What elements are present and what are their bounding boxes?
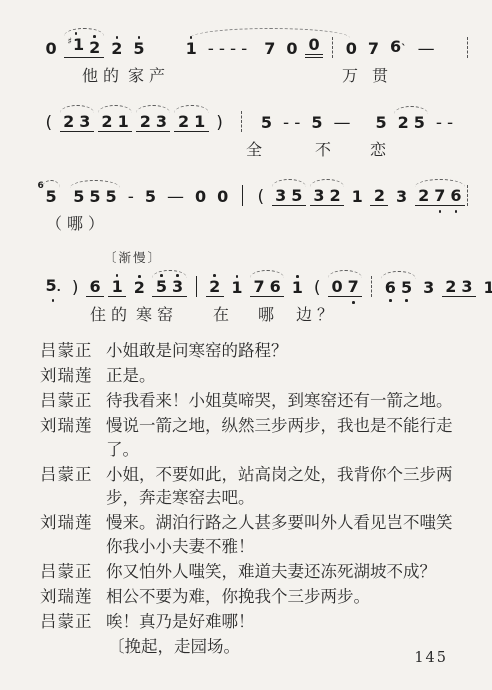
score-page: 0♯12251----700076ˋ— 他的家产万贯 (23212321)5--… [0, 0, 492, 690]
note-group: - [124, 188, 137, 206]
dialogue-text: 你又怕外人嗤笑，难道夫妻还冻死湖坡不成？ [106, 560, 436, 584]
jianpu-note: — [418, 40, 435, 58]
jianpu-note: — [333, 114, 350, 132]
tempo-mark: 〔渐慢〕 [104, 248, 470, 265]
note-group: 0 [42, 40, 60, 58]
note-group: 0 [214, 188, 232, 206]
note-group: 2 [130, 279, 148, 297]
note-group: 1 [348, 188, 366, 206]
note-group: 0 [191, 188, 209, 206]
lyric-word: 边？ [296, 302, 338, 325]
dialogue-row: 吕蒙正唉！真乃是好难哪！ [40, 610, 470, 634]
lyric-word: 哪 [258, 302, 279, 325]
jianpu-note: 2 [178, 113, 189, 131]
barline [467, 37, 468, 58]
note-group: ) [68, 279, 82, 297]
jianpu-note: 2 [418, 187, 429, 205]
jianpu-note: 5 [89, 188, 100, 206]
dialogue-row: 吕蒙正你又怕外人嗤笑，难道夫妻还冻死湖坡不成？ [40, 560, 470, 584]
jianpu-notes-row: (23212321)5--5—525-- [40, 100, 470, 132]
dialogue-text: 小姐，不要如此，站高岗之处，我背你个三步两步，奔走寒窑去吧。 [106, 463, 458, 510]
jianpu-note: 0 [286, 40, 297, 58]
jianpu-note: - [436, 114, 442, 132]
jianpu-note: 1 [292, 279, 303, 297]
jianpu-note: 6 [385, 279, 396, 297]
note-group: ---- [204, 40, 251, 58]
note-group: 2 [206, 278, 224, 297]
jianpu-note: 6 [270, 278, 281, 296]
slur-group: 07 [328, 278, 362, 297]
jianpu-note: 2 [330, 187, 341, 205]
jianpu-note: 5. [46, 277, 61, 297]
barline [241, 111, 242, 132]
dialogue-section: 吕蒙正小姐敢是问寒窑的路程？刘瑞莲正是。吕蒙正待我看来！小姐莫啼哭，到寒窑还有一… [40, 339, 470, 633]
slur-group: 56 [42, 188, 60, 206]
jianpu-note: 2 [134, 279, 145, 297]
dialogue-text: 唉！真乃是好难哪！ [106, 610, 255, 634]
note-group: 5. [42, 277, 64, 297]
jianpu-note: 0 [309, 36, 320, 54]
note-group: 6ˋ [386, 38, 410, 58]
speaker-name: 吕蒙正 [40, 560, 106, 584]
slur-group: 35 [272, 187, 306, 206]
speaker-name: 刘瑞莲 [40, 364, 106, 388]
note-group: -- [432, 114, 456, 132]
slur-group: 65 [381, 279, 415, 297]
jianpu-note: 7 [264, 40, 275, 58]
music-section: 0♯12251----700076ˋ— 他的家产万贯 (23212321)5--… [40, 26, 470, 326]
speaker-name: 吕蒙正 [40, 610, 106, 634]
jianpu-note: 5 [133, 40, 144, 58]
speaker-name: 吕蒙正 [40, 389, 106, 413]
jianpu-note: 5 [291, 187, 302, 205]
jianpu-note: 5 [156, 278, 167, 296]
jianpu-note: 7 [434, 187, 445, 205]
jianpu-note: 1 [352, 188, 363, 206]
speaker-name: 刘瑞莲 [40, 511, 106, 558]
slur-group: 53 [152, 278, 186, 297]
note-group: 1 [182, 40, 200, 58]
jianpu-note: 1 [186, 40, 197, 58]
jianpu-note: 1 [118, 113, 129, 131]
barline [371, 276, 372, 297]
lyric-word: 在 [213, 302, 234, 325]
note-group: 5 [308, 114, 326, 132]
slur-group: 32 [310, 187, 344, 206]
lyric-word: 家产 [128, 63, 170, 86]
lyric-word: 他的 [82, 63, 124, 86]
jianpu-note: 6ˋ [390, 38, 407, 58]
jianpu-note: 1 [484, 279, 492, 297]
jianpu-note: 56 [46, 188, 57, 206]
dialogue-row: 刘瑞莲慢说一箭之地，纵然三步两步，我也是不能行走了。 [40, 414, 470, 461]
phrase-arc [190, 28, 350, 38]
slur-group: 555 [70, 188, 120, 206]
dialogue-text: 相公不要为难，你挽我个三步两步。 [106, 585, 370, 609]
jianpu-note: ♯1 [68, 36, 85, 57]
jianpu-note: 7 [348, 278, 359, 296]
jianpu-note: 5 [145, 188, 156, 206]
dialogue-row: 吕蒙正小姐敢是问寒窑的路程？ [40, 339, 470, 363]
note-group: ( [310, 279, 324, 297]
jianpu-note: ) [72, 279, 79, 297]
note-group: 1 [108, 278, 126, 297]
note-group: 1 [288, 279, 306, 297]
note-group: — [330, 114, 354, 132]
slur-group: 23 [60, 113, 94, 132]
jianpu-note: 5 [401, 279, 412, 297]
slur-group: ♯12 [64, 36, 104, 58]
note-group: 7 [261, 40, 279, 58]
jianpu-note: 2 [140, 113, 151, 131]
music-system-2: (23212321)5--5—525-- 全不恋 [40, 100, 470, 161]
speaker-name: 刘瑞莲 [40, 414, 106, 461]
slur-group: 21 [98, 113, 132, 132]
barline [196, 276, 197, 297]
dialogue-row: 刘瑞莲相公不要为难，你挽我个三步两步。 [40, 585, 470, 609]
lyric-word: 恋 [370, 137, 391, 160]
note-group: 5 [141, 188, 159, 206]
dialogue-row: 刘瑞莲慢来。湖泊行路之人甚多要叫外人看见岂不嗤笑你我小小夫妻不雅！ [40, 511, 470, 558]
jianpu-note: 2 [445, 278, 456, 296]
jianpu-note: - [219, 40, 225, 58]
lyric-word: （哪） [46, 211, 109, 234]
lyric-row: 他的家产万贯 [40, 63, 470, 87]
page-number: 145 [414, 650, 448, 666]
jianpu-note: — [167, 188, 184, 206]
note-group: 7 [364, 40, 382, 58]
speaker-name: 刘瑞莲 [40, 585, 106, 609]
barline [242, 185, 243, 206]
jianpu-note: 2 [101, 113, 112, 131]
jianpu-note: 1 [194, 113, 205, 131]
jianpu-notes-row: 56555-5—00(3532123276 [40, 174, 470, 206]
jianpu-note: 2 [111, 40, 122, 58]
note-group: -- [280, 114, 304, 132]
lyric-word: 住的 [90, 302, 132, 325]
jianpu-note: 7 [253, 278, 264, 296]
spacer [150, 57, 180, 58]
jianpu-note: - [230, 40, 236, 58]
note-group: — [163, 188, 187, 206]
spacer [62, 205, 68, 206]
note-group: 5 [257, 114, 275, 132]
jianpu-note: 6 [450, 187, 461, 205]
jianpu-note: - [447, 114, 453, 132]
dialogue-text: 正是。 [106, 364, 156, 388]
note-group: 1 [228, 279, 246, 297]
note-group: 2 [370, 187, 388, 206]
jianpu-note: 3 [313, 187, 324, 205]
dialogue-row: 刘瑞莲正是。 [40, 364, 470, 388]
note-group: 3 [392, 188, 410, 206]
jianpu-note: 3 [156, 113, 167, 131]
dialogue-text: 小姐敢是问寒窑的路程？ [106, 339, 288, 363]
jianpu-notes-row: 0♯12251----700076ˋ— [40, 26, 470, 58]
spacer [249, 131, 255, 132]
slur-group: 76 [250, 278, 284, 297]
spacer [228, 131, 234, 132]
jianpu-note: 0 [46, 40, 57, 58]
lyric-word: 贯 [372, 63, 393, 86]
speaker-name: 吕蒙正 [40, 463, 106, 510]
speaker-name: 吕蒙正 [40, 339, 106, 363]
jianpu-note: 2 [89, 39, 100, 57]
jianpu-note: - [294, 114, 300, 132]
jianpu-note: 6 [89, 278, 100, 296]
tempo-mark-label: 〔渐慢〕 [104, 251, 162, 265]
jianpu-note: 5 [414, 114, 425, 132]
jianpu-notes-row: 5.)6125321761(07653231——) [40, 265, 470, 297]
jianpu-note: - [208, 40, 214, 58]
lyric-row: （哪） [40, 211, 470, 235]
lyric-word: 全 [246, 137, 267, 160]
jianpu-note: 7 [368, 40, 379, 58]
jianpu-note: - [128, 188, 134, 206]
jianpu-note: 2 [209, 278, 220, 296]
jianpu-note: 3 [79, 113, 90, 131]
jianpu-note: 3 [423, 279, 434, 297]
jianpu-note: 5 [106, 188, 117, 206]
note-group: 6 [86, 278, 104, 297]
lyric-word: 万 [342, 63, 363, 86]
lyric-row: 全不恋 [40, 137, 470, 161]
note-group: ( [254, 188, 268, 206]
jianpu-note: ( [314, 279, 321, 297]
barline [332, 37, 333, 58]
note-group: ( [42, 114, 56, 132]
note-group: 5 [372, 114, 390, 132]
lyric-word: 寒窑 [136, 302, 178, 325]
barline [467, 185, 468, 206]
note-group: 23 [442, 278, 476, 297]
note-group: 0 [305, 36, 323, 58]
music-system-3: 56555-5—00(3532123276 （哪） [40, 174, 470, 235]
jianpu-note: 3 [275, 187, 286, 205]
jianpu-note: 3 [461, 278, 472, 296]
jianpu-note: 5 [261, 114, 272, 132]
jianpu-note: 5 [375, 114, 386, 132]
music-system-1: 0♯12251----700076ˋ— 他的家产万贯 [40, 26, 470, 87]
dialogue-row: 吕蒙正待我看来！小姐莫啼哭，到寒窑还有一箭之地。 [40, 389, 470, 413]
note-group: — [414, 40, 438, 58]
spacer [234, 205, 236, 206]
jianpu-note: 0 [346, 40, 357, 58]
dialogue-text: 慢来。湖泊行路之人甚多要叫外人看见岂不嗤笑你我小小夫妻不雅！ [106, 511, 458, 558]
jianpu-note: - [241, 40, 247, 58]
jianpu-note: 3 [172, 278, 183, 296]
spacer [250, 205, 252, 206]
spacer [356, 131, 370, 132]
jianpu-note: 5 [73, 188, 84, 206]
note-group: 2 [108, 40, 126, 58]
jianpu-note: 2 [398, 114, 409, 132]
jianpu-note: 1 [231, 279, 242, 297]
note-group: 5 [130, 40, 148, 58]
lyric-row: 住的寒窑在哪边？ [40, 302, 470, 326]
jianpu-note: 2 [63, 113, 74, 131]
note-group: ) [213, 114, 227, 132]
dialogue-row: 吕蒙正小姐，不要如此，站高岗之处，我背你个三步两步，奔走寒窑去吧。 [40, 463, 470, 510]
jianpu-note: 5 [311, 114, 322, 132]
jianpu-note: 0 [195, 188, 206, 206]
slur-group: 23 [136, 113, 170, 132]
jianpu-note: ) [216, 114, 223, 132]
dialogue-text: 慢说一箭之地，纵然三步两步，我也是不能行走了。 [106, 414, 458, 461]
jianpu-note: - [283, 114, 289, 132]
slur-group: 21 [174, 113, 208, 132]
jianpu-note: 2 [374, 187, 385, 205]
note-group: 0 [342, 40, 360, 58]
slur-group: 276 [415, 187, 465, 206]
spacer [253, 57, 259, 58]
jianpu-note: 0 [217, 188, 228, 206]
note-group: 1 [480, 279, 492, 297]
jianpu-note: 1 [112, 278, 123, 296]
jianpu-note: 0 [332, 278, 343, 296]
slur-group: 25 [394, 114, 428, 132]
jianpu-note: 3 [396, 188, 407, 206]
jianpu-note: ( [257, 188, 264, 206]
dialogue-text: 待我看来！小姐莫啼哭，到寒窑还有一箭之地。 [106, 389, 453, 413]
jianpu-note: ( [46, 114, 53, 132]
lyric-word: 不 [315, 137, 336, 160]
note-group: 3 [420, 279, 438, 297]
music-system-4: 5.)6125321761(07653231——) 住的寒窑在哪边？ [40, 265, 470, 326]
note-group: 0 [283, 40, 301, 58]
